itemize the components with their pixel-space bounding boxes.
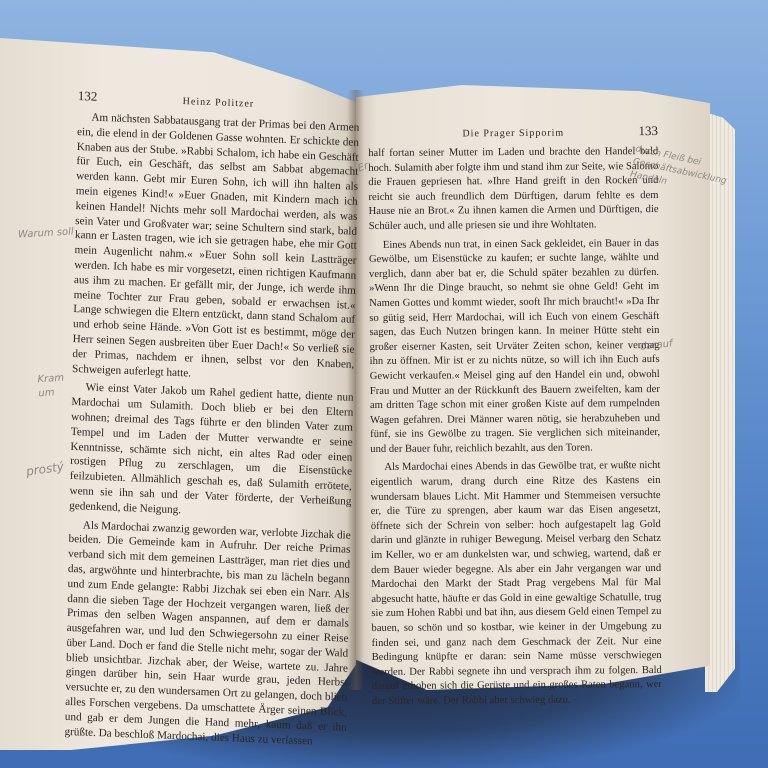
paragraph: Eines Abends nun trat, in einen Sack gek… [369,237,661,458]
paragraph: Als Mardochai zwanzig geworden war, verl… [64,517,350,750]
page-number: 133 [638,123,658,139]
running-head: Heinz Politzer [183,96,255,110]
paragraph: half fortan seiner Mutter im Laden und b… [368,145,659,235]
right-page-header: Die Prager Sipporim 133 [368,123,658,141]
paragraph: Wie einst Vater Jakob um Rahel gedient h… [69,380,354,524]
paragraph: Als Mardochai eines Abends in das Gewölb… [370,459,662,709]
running-head: Die Prager Sipporim [462,128,564,140]
right-page-text: Die Prager Sipporim 133 half fortan sein… [368,123,662,714]
paragraph: Am nächsten Sabbatausgang trat der Prima… [72,110,359,387]
left-page-text: 132 Heinz Politzer Am nächsten Sabbataus… [64,88,360,754]
page-number: 132 [78,88,98,105]
margin-note: Kram um [37,371,79,402]
